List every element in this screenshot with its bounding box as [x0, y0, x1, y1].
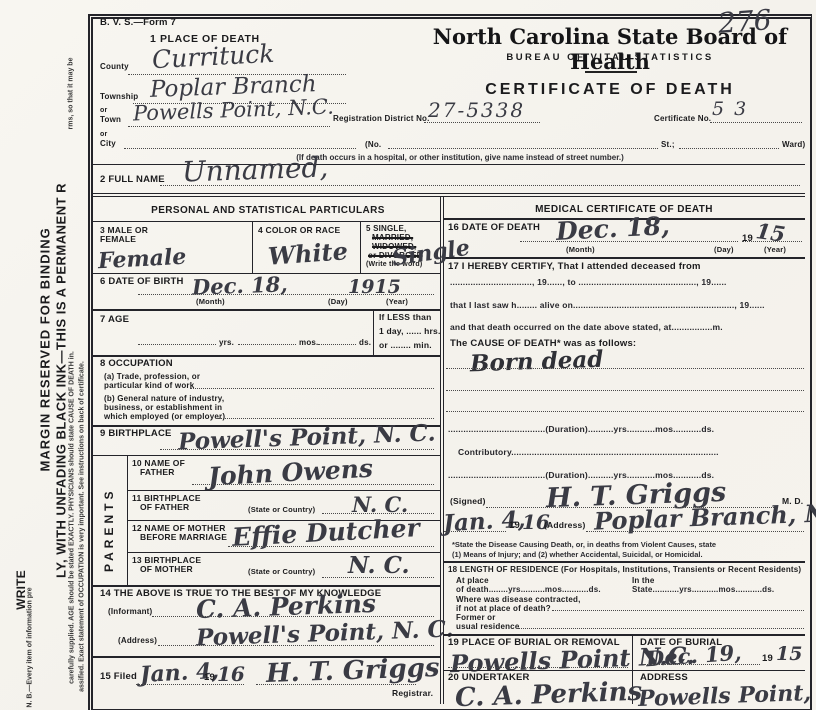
signature-address-label: (Address): [544, 521, 585, 531]
undertaker-value: C. A. Perkins: [455, 679, 643, 710]
ward-label: Ward): [782, 140, 805, 149]
rule-father-name-bottom: [127, 490, 440, 491]
rule-dob-bottom: [92, 309, 440, 311]
filed-year-preprint: 19: [204, 673, 215, 684]
town-label: Town: [100, 115, 121, 124]
residence-where-1: Where was disease contracted,: [456, 595, 581, 604]
residence-at-place: At place: [456, 576, 489, 585]
margin-nb-note: N. B.—Every item of information pre: [27, 582, 34, 710]
header-divider: [585, 71, 637, 73]
death-certificate-scan: WRITE N. B.—Every item of information pr…: [0, 0, 816, 710]
dod-year-line: [742, 241, 802, 242]
margin-reserved-note: MARGIN RESERVED FOR BINDING: [39, 227, 54, 471]
occupation-b-line3: which employed (or employer): [104, 412, 225, 421]
certificate-no-value: 5 3: [712, 100, 748, 119]
dod-line: [520, 241, 738, 242]
rule-burial-bottom: [443, 670, 805, 671]
informant-value: C. A. Perkins: [196, 591, 377, 622]
dod-year-preprint: 19: [742, 234, 753, 245]
residence-label: 18 LENGTH OF RESIDENCE (For Hospitals, I…: [448, 565, 801, 574]
city-or-label: or: [100, 131, 107, 139]
birthplace-label: 9 BIRTHPLACE: [100, 429, 172, 440]
race-value: White: [267, 239, 348, 269]
dod-label: 16 DATE OF DEATH: [448, 223, 540, 234]
cell-divider-2: [360, 222, 361, 273]
filed-year-value: 16: [217, 664, 245, 684]
father-bp-state-note: (State or Country): [248, 506, 315, 515]
certify-line-2: that I last saw h........ alive on......…: [450, 300, 805, 310]
burial-year-value: 15: [776, 645, 802, 664]
age-yrs-label: yrs.: [219, 338, 234, 347]
street-line: [679, 148, 779, 149]
age-cell-divider: [373, 310, 374, 355]
full-name-value: Unnamed,: [182, 153, 329, 186]
margin-tiny-note-1: carefully supplied. AGE should be stated…: [69, 330, 76, 706]
township-label: Township: [100, 92, 138, 101]
dod-year-label: (Year): [764, 246, 786, 255]
burial-date-value: Dec. 19,: [645, 642, 742, 670]
full-name-label: 2 FULL NAME: [100, 175, 165, 186]
signed-label: (Signed): [450, 497, 486, 507]
age-less-label-3: or ........ min.: [379, 341, 432, 351]
occupation-a-line: [190, 388, 434, 389]
rule-fullname-bottom: [92, 193, 805, 197]
residence-where-2: if not at place of death?: [456, 604, 551, 613]
undertaker-address-label: ADDRESS: [640, 673, 688, 684]
dod-value: Dec. 18,: [555, 213, 670, 244]
signature-date-line: [444, 531, 506, 532]
residence-usual-line: [518, 628, 804, 629]
filed-year-line: [202, 684, 244, 685]
duration-line-1: ......................................(D…: [448, 424, 805, 434]
age-mos-label: mos.: [299, 338, 318, 347]
cell-divider-1: [252, 222, 253, 273]
rule-age-bottom: [92, 355, 440, 357]
sex-label-line2: FEMALE: [100, 235, 136, 245]
registration-district-value: 27-5338: [428, 100, 525, 120]
occupation-b-line2: business, or establishment in: [104, 403, 222, 412]
rule-residence-bottom: [443, 634, 805, 636]
burial-date-line: [644, 664, 760, 665]
rule-personal-title: [92, 221, 440, 222]
registrar-signature: H. T. Griggs: [266, 655, 440, 687]
filed-date-line: [136, 684, 200, 685]
marital-label-1: 5 SINGLE,: [366, 224, 406, 233]
dob-day-label: (Day): [328, 298, 348, 307]
residence-where-line: [552, 610, 804, 611]
registrar-signature-line: [256, 684, 416, 685]
mother-bp-value: N. C.: [348, 554, 409, 577]
undertaker-address-value: Powells Point, N.C.: [638, 680, 816, 710]
father-name-line: [192, 484, 434, 485]
registration-district-line: [424, 122, 540, 123]
age-ds-line: [318, 344, 356, 345]
rule-dod-bottom: [443, 257, 805, 259]
dob-label: 6 DATE OF BIRTH: [100, 277, 184, 288]
residence-in-the: In the: [632, 576, 655, 585]
street-label: St.;: [661, 140, 675, 149]
age-mos-line: [238, 344, 296, 345]
father-bp-label-2: OF FATHER: [140, 503, 189, 513]
dob-line: [138, 294, 434, 295]
full-name-line: [160, 185, 800, 186]
certificate-title: CERTIFICATE OF DEATH: [420, 81, 800, 99]
mother-bp-state-note: (State or Country): [248, 568, 315, 577]
residence-of-death: of death........yrs..........mos........…: [456, 585, 626, 594]
dob-year-label: (Year): [386, 298, 408, 307]
informant-label: (Informant): [108, 607, 152, 616]
signature-year-preprint: 19: [509, 521, 520, 532]
cause-of-death-value: Born dead: [470, 348, 604, 376]
residence-state: State...........yrs...........mos.......…: [632, 585, 804, 594]
form-number: B. V. S.—Form 7: [100, 18, 176, 29]
city-line: [124, 148, 356, 149]
father-name-label-2: FATHER: [140, 468, 175, 478]
certify-label: 17 I HEREBY CERTIFY, That I attended dec…: [448, 262, 701, 273]
bureau-subtitle: BUREAU OF VITAL STATISTICS: [420, 53, 800, 64]
certify-line-1: ................................, 19....…: [450, 277, 805, 287]
occupation-a-line1: (a) Trade, profession, or: [104, 372, 200, 381]
marital-label-2: MARRIED,: [372, 233, 413, 242]
burial-place-line: [448, 667, 628, 668]
personal-section-title: PERSONAL AND STATISTICAL PARTICULARS: [96, 205, 440, 217]
dob-month-label: (Month): [196, 298, 225, 307]
cause-line-2: [446, 390, 804, 391]
margin-permanent-note: LY, WITH UNFADING BLACK INK—THIS IS A PE…: [55, 50, 70, 710]
informant-address-label: (Address): [118, 636, 157, 645]
occupation-a-line2: particular kind of work: [104, 381, 194, 390]
informant-address-line: [158, 645, 434, 646]
margin-tiny-top-note: rms, so that it may be: [68, 55, 75, 133]
certificate-no-label: Certificate No.: [654, 114, 711, 123]
sex-value: Female: [97, 246, 186, 273]
dod-day-label: (Day): [714, 246, 734, 255]
occupation-b-line: [218, 418, 434, 419]
filed-label: 15 Filed: [100, 672, 137, 683]
rule-certify-bottom: [443, 561, 805, 563]
mother-bp-label-2: OF MOTHER: [140, 565, 193, 575]
cause-line-1: [446, 368, 804, 369]
age-less-label-2: 1 day, ...... hrs.: [379, 327, 441, 337]
rule-birthplace-bottom: [92, 455, 440, 456]
birthplace-line: [160, 449, 434, 450]
cause-line-3: [446, 411, 804, 412]
street-no-line: [388, 148, 658, 149]
race-label: 4 COLOR OR RACE: [258, 226, 340, 236]
residence-usual: usual residence: [456, 622, 519, 631]
burial-year-preprint: 19: [762, 654, 773, 665]
rule-parents-bottom: [92, 585, 440, 587]
occupation-label: 8 OCCUPATION: [100, 359, 173, 370]
county-label: County: [100, 62, 129, 71]
mother-name-label-2: BEFORE MARRIAGE: [140, 533, 227, 543]
father-bp-value: N. C.: [352, 494, 408, 515]
mother-name-line: [228, 546, 434, 547]
duration-line-2: ......................................(D…: [448, 470, 805, 480]
county-value: Currituck: [151, 41, 275, 72]
residence-former: Former or: [456, 613, 496, 622]
signature-address-value: Poplar Branch, N.C.: [594, 500, 816, 533]
city-label: City: [100, 139, 116, 148]
cause-footnote-1: *State the Disease Causing Death, or, in…: [452, 540, 808, 550]
town-line: [128, 126, 330, 127]
board-title: North Carolina State Board of Health: [420, 24, 800, 74]
age-yrs-line: [138, 344, 216, 345]
town-or-label: or: [100, 107, 107, 115]
mother-bp-line: [322, 577, 434, 578]
certificate-no-line: [710, 122, 802, 123]
age-ds-label: ds.: [359, 338, 371, 347]
contributory-line: Contributory............................…: [458, 447, 805, 457]
occupation-b-line1: (b) General nature of industry,: [104, 394, 224, 403]
parents-vertical-label: PARENTS: [102, 472, 116, 572]
certify-line-3: and that death occurred on the date abov…: [450, 322, 805, 332]
street-no-label: (No.: [365, 140, 381, 149]
age-label: 7 AGE: [100, 315, 129, 326]
signature-address-line: [586, 531, 804, 532]
registration-district-label: Registration District No.: [333, 114, 430, 123]
cause-footnote-2: (1) Means of Injury; and (2) whether Acc…: [452, 550, 808, 559]
margin-tiny-note-2: assified. Exact statement of OCCUPATION …: [79, 339, 86, 710]
registrar-label: Registrar.: [392, 689, 433, 699]
dod-month-label: (Month): [566, 246, 595, 255]
age-less-label-1: If LESS than: [379, 313, 431, 323]
